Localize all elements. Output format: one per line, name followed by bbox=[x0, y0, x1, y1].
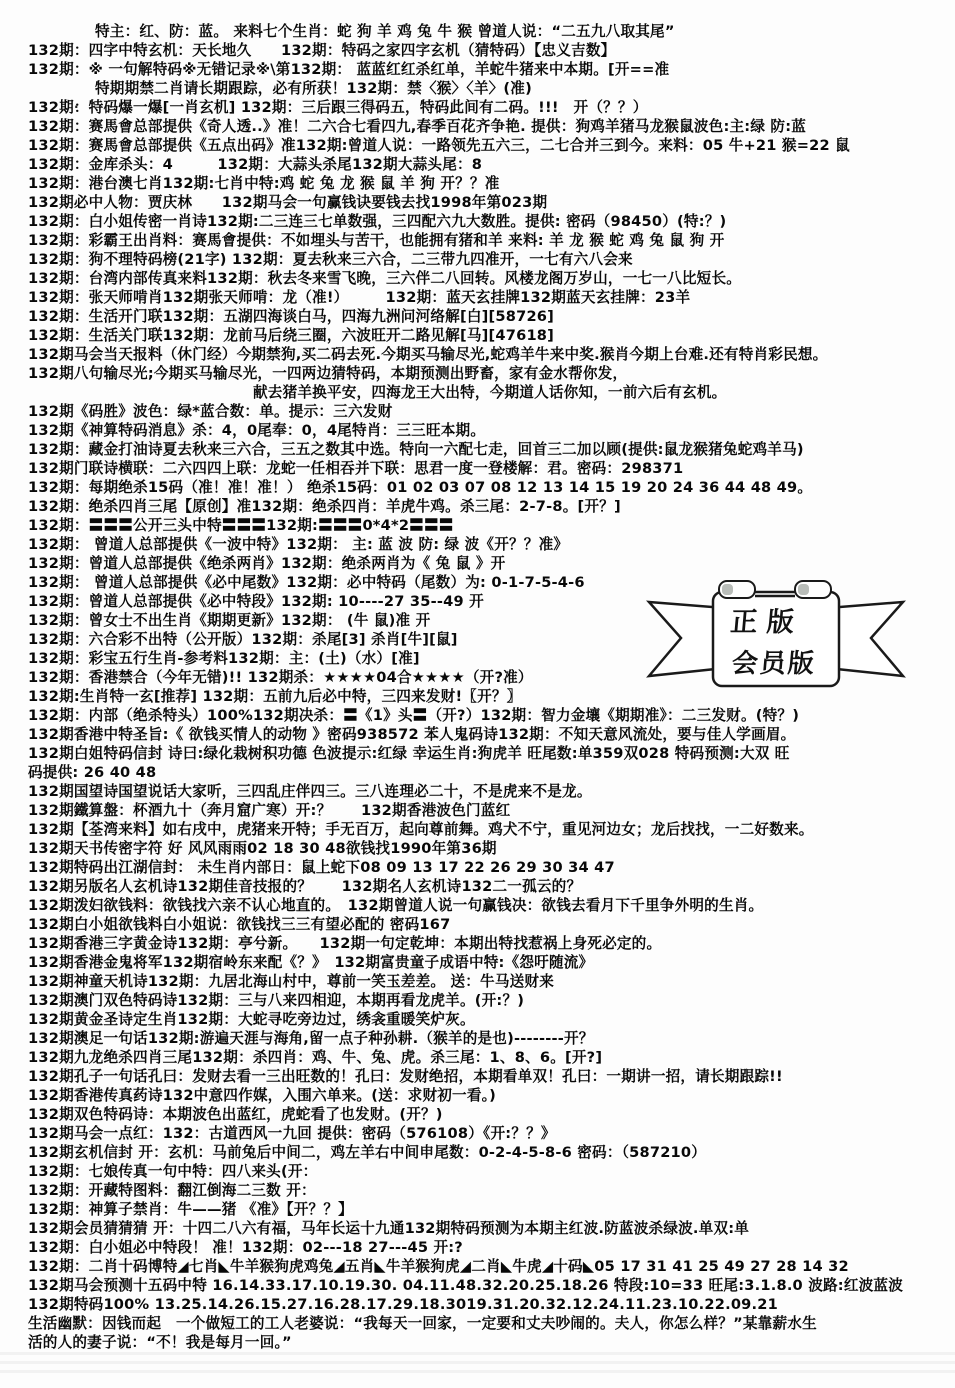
text-line: 132期澳门双色特码诗132期：三与八来四相迎，本期再看龙虎羊。(开:？) bbox=[28, 991, 955, 1010]
text-line: 132期另版名人玄机诗132期佳音技报的？ 132期名人玄机诗132二一孤云的？ bbox=[28, 877, 955, 896]
text-line: 132期黄金圣诗定生肖132期：大蛇寻吃旁边过，绣衾重暖笑炉灰。 bbox=[28, 1010, 955, 1029]
text-line: 132期白小姐欲钱料白小姐说：欲钱找三三有望必配的 密码167 bbox=[28, 915, 955, 934]
text-line: 献去猪羊换平安，四海龙王大出特，今期道人话你知，一前六后有玄机。 bbox=[28, 383, 955, 402]
text-line: 132期白姐特码信封 诗曰:绿化栽树积功德 色波提示:红绿 幸运生肖:狗虎羊 旺… bbox=[28, 744, 955, 763]
text-line: 132期九龙绝杀四肖三尾132期：杀四肖：鸡、牛、兔、虎。杀三尾：1、8、6。[… bbox=[28, 1048, 955, 1067]
text-line: 132期：七娘传真一句中特：四八来头(开： bbox=[28, 1162, 955, 1181]
text-line: 132期马会一点红：132：古道西风一九回 提供：密码（576108）《开:？？… bbox=[28, 1124, 955, 1143]
text-line: 132期：白小姐传密一肖诗132期:二三连三七单数强，三四配六九大数胜。提供: … bbox=[28, 212, 955, 231]
ribbon-line2: 会员版 bbox=[720, 643, 829, 680]
text-line: 码提供: 26 40 48 bbox=[28, 763, 955, 782]
text-line: 132期：白小姐必中特段！ 准！132期：02---18 27---45 开:? bbox=[28, 1238, 955, 1257]
text-line: 132期香港中特圣旨:《 欲钱买情人的动物 》密码938572 苯人鬼码诗132… bbox=[28, 725, 955, 744]
text-line: 132期：特码爆一爆[一肖玄机] 132期：三后跟三得码五，特码此间有二码。!!… bbox=[28, 98, 955, 117]
text-line: 132期天书传密字符 好 风风雨雨02 18 30 48欲钱找1990年第36期 bbox=[28, 839, 955, 858]
ribbon-text: 正 版 会员版 bbox=[719, 598, 832, 682]
text-line: 132期：※ 一句解特码※无错记录※\第132期： 蓝蓝红红杀红单，羊蛇牛猪来中… bbox=[28, 60, 955, 79]
text-line: 132期：二肖十码博特◢七肖◣牛羊猴狗虎鸡兔◢五肖◣牛羊猴狗虎◢二肖◣牛虎◢十码… bbox=[28, 1257, 955, 1276]
text-line: 132期：台湾内部传真来料132期：秋去冬来雪飞晚，三六伴二八回转。风楼龙阁万岁… bbox=[28, 269, 955, 288]
text-line: 132期【荃湾来料】如右戌中，虎猪来开特；手无百万，起向尊前舞。鸡犬不宁，重见河… bbox=[28, 820, 955, 839]
text-line: 132期澳足一句话132期:游遍天涯与海角,留一点子种孙耕.（猴羊的是也)---… bbox=[28, 1029, 955, 1048]
text-line: 132期:生肖特一玄[推荐] 132期：五前九后必中特，三四来发财!〖开？〗 bbox=[28, 687, 955, 706]
text-line: 132期孔子一句话孔曰：发财去看一三出旺数的！孔曰：发财绝招，本期看单双！孔曰：… bbox=[28, 1067, 955, 1086]
text-line: 生活幽默：因钱而起 一个做短工的工人老婆说：“我每天一回家，一定要和丈夫吵闹的。… bbox=[28, 1314, 955, 1333]
text-line: 132期神童天机诗132期：九居北海山村中，尊前一笑玉差差。 送：牛马送财来 bbox=[28, 972, 955, 991]
text-line: 活的人的妻子说：“不！我是每月一回。” bbox=[28, 1333, 955, 1352]
text-line: 132期香港三字黄金诗132期：亭兮新。 132期一句定乾坤：本期出特找惹祸上身… bbox=[28, 934, 955, 953]
text-line: 132期鐵算盤：杯酒九十（奔月窟广寒）开:？ 132期香港波色门蓝红 bbox=[28, 801, 955, 820]
ribbon-line1-label: 正 版 bbox=[729, 600, 796, 639]
text-line: 132期泼妇欲钱料：欲钱找六亲不认心地直的。 132期曾道人说一句赢钱决：欲钱去… bbox=[28, 896, 955, 915]
edition-ribbon: 正 版 会员版 bbox=[645, 576, 907, 688]
text-line: 132期：绝杀四肖三尾【原创】准132期：绝杀四肖：羊虎牛鸡。杀三尾：2-7-8… bbox=[28, 497, 955, 516]
text-line: 132期双色特码诗：本期波色出蓝红，虎蛇看了也发财。(开？) bbox=[28, 1105, 955, 1124]
text-line: 132期必中人物：贾庆林 132期马会一句赢钱诀要钱去找1998年第023期 bbox=[28, 193, 955, 212]
text-line: 132期《神算特码消息》杀：4，0尾奉：0，4尾特肖：三三旺本期。 bbox=[28, 421, 955, 440]
text-line: 132期国望诗国望说话大家听，三四乱庄伴四三。三八连理必二十，不是虎来不是龙。 bbox=[28, 782, 955, 801]
text-line: 特主：红、防：蓝。 来料七个生肖：蛇 狗 羊 鸡 兔 牛 猴 曾道人说：“二五九… bbox=[28, 22, 955, 41]
text-line: 132期会员猜猜猜 开：十四二八六有福，马年长运十九通132期特码预测为本期主红… bbox=[28, 1219, 955, 1238]
text-line: 132期：赛馬會总部提供《五点出码》准132期:曾道人说：一路领先五六三，二七合… bbox=[28, 136, 955, 155]
text-line: 132期：〓〓〓公开三头中特〓〓〓132期:〓〓〓0*4*2〓〓〓 bbox=[28, 516, 955, 535]
text-line: 132期：藏金打油诗夏去秋来三六合，三五之数其中选。特向一六配七走，回首三二加以… bbox=[28, 440, 955, 459]
text-line: 132期：开藏特图料：翻江倒海二三数 开： bbox=[28, 1181, 955, 1200]
text-line: 132期：曾道人总部提供《绝杀两肖》132期：绝杀两肖为《 兔 鼠 》开 bbox=[28, 554, 955, 573]
text-line: 132期香港传真药诗132中意四作媒，入围六单来。(送：求财初一看。) bbox=[28, 1086, 955, 1105]
text-line: 特期期禁二肖请长期跟踪，必有所获！132期：禁〈猴〉〈羊〉(准) bbox=[28, 79, 955, 98]
tip-sheet-page: 特主：红、防：蓝。 来料七个生肖：蛇 狗 羊 鸡 兔 牛 猴 曾道人说：“二五九… bbox=[0, 0, 955, 1388]
text-line: 132期：赛馬會总部提供《奇人透..》准！二六合七看四九,春季百花齐争艳. 提供… bbox=[28, 117, 955, 136]
text-line: 132期特码出江湖信封： 未生肖内部日：鼠上蛇下08 09 13 17 22 2… bbox=[28, 858, 955, 877]
text-line: 132期：生活关门联132期：龙前马后绕三圈，六波旺开二路见解[马][47618… bbox=[28, 326, 955, 345]
text-line: 132期香港金鬼将军132期宿岭东来配《？》 132期富贵童子成语中特:《怨吁随… bbox=[28, 953, 955, 972]
stray-mark: · bbox=[74, 100, 79, 114]
text-line: 132期：彩霸王出肖料：赛馬會提供：不如埋头与苦干，也能拥有猪和羊 来料: 羊 … bbox=[28, 231, 955, 250]
text-line: 132期《码胜》波色：绿*蓝合数：单。提示：三六发财 bbox=[28, 402, 955, 421]
ribbon-line1: 正 版 bbox=[723, 600, 832, 639]
text-line: 132期：张天师啃肖132期张天师啃：龙（准!） 132期：蓝天玄挂牌132期蓝… bbox=[28, 288, 955, 307]
text-line: 132期： 曾道人总部提供《一波中特》132期： 主: 蓝 波 防: 绿 波《开… bbox=[28, 535, 955, 554]
text-line: 132期：狗不理特码榜(21字) 132期：夏去秋来三六合，二三带九四准开，一七… bbox=[28, 250, 955, 269]
text-line: 132期特码100% 13.25.14.26.15.27.16.28.17.29… bbox=[28, 1295, 955, 1314]
text-line: 132期：每期绝杀15码（准！准！准！） 绝杀15码：01 02 03 07 0… bbox=[28, 478, 955, 497]
text-line: 132期马会当天报料（休门经）今期禁狗,买二码去死.今期买马输尽光,蛇鸡羊牛来中… bbox=[28, 345, 955, 364]
text-line: 132期马会预测十五码中特 16.14.33.17.10.19.30. 04.1… bbox=[28, 1276, 955, 1295]
text-line: 132期玄机信封 开：玄机：马前兔后中间二，鸡左羊右中间申尾数：0-2-4-5-… bbox=[28, 1143, 955, 1162]
text-line: 132期：港台澳七肖132期:七肖中特:鸡 蛇 兔 龙 猴 鼠 羊 狗 开？？准 bbox=[28, 174, 955, 193]
text-line: 132期：神算子禁肖：牛——猪 《准》【开？？】 bbox=[28, 1200, 955, 1219]
text-line: 132期：四字中特玄机：天长地久 132期：特码之家四字玄机（猜特码）【忠义吉数… bbox=[28, 41, 955, 60]
text-line: 132期：生活开门联132期：五湖四海谈白马，四海九洲问河络解[白][58726… bbox=[28, 307, 955, 326]
text-line: 132期八句输尽光;今期买马输尽光，一四两边猜特码，本期预测出野畜，家有金水帮你… bbox=[28, 364, 955, 383]
scan-artifact bbox=[0, 1352, 955, 1378]
text-line: 132期：内部（绝杀特头）100%132期决杀：〓《1》头〓（开?）132期：智… bbox=[28, 706, 955, 725]
text-line: 132期门联诗横联：二六四四上联：龙蛇一任相吞并下联：思君一度一登楼解：君。密码… bbox=[28, 459, 955, 478]
text-line: 132期：金库杀头：4 132期：大蒜头杀尾132期大蒜头尾：8 bbox=[28, 155, 955, 174]
